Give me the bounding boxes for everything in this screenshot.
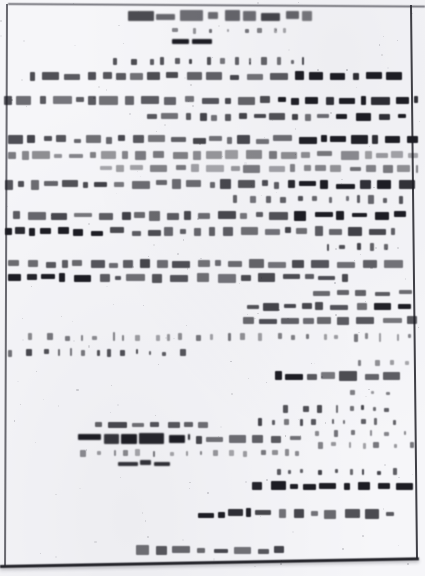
reference-line	[198, 508, 394, 519]
stamp-row	[95, 421, 217, 429]
header-bold-word	[172, 38, 214, 45]
body-line	[8, 134, 418, 145]
right-note-line	[358, 359, 413, 366]
stamp-row	[196, 435, 308, 444]
right-block-line	[243, 316, 417, 325]
footer-line	[136, 545, 286, 555]
right-note-line	[258, 418, 396, 426]
body-line-tiny-right	[327, 243, 389, 251]
signature-line	[277, 468, 413, 476]
body-line	[8, 150, 420, 160]
right-block-line	[247, 302, 417, 311]
body-line	[30, 71, 412, 81]
stamp-side-dots	[318, 441, 414, 449]
scanned-document-page	[0, 0, 425, 576]
right-block-line	[313, 289, 412, 297]
right-note-line	[350, 389, 390, 396]
stamp-row	[80, 449, 308, 457]
signature-line	[252, 481, 417, 491]
right-note-line	[275, 371, 400, 381]
body-line	[100, 164, 418, 173]
body-line-sparse	[28, 332, 422, 342]
header-subline	[172, 27, 294, 34]
stamp-bold-word	[118, 459, 170, 467]
body-line	[8, 259, 413, 269]
body-line	[8, 273, 348, 283]
body-line	[5, 179, 420, 190]
header-subject-line	[113, 56, 308, 66]
body-line-short-right	[233, 195, 410, 204]
stamp-side-dots	[315, 429, 415, 437]
body-line	[13, 210, 413, 221]
body-line	[4, 95, 418, 106]
document-text-area	[0, 0, 425, 576]
stamp-dense-row	[78, 432, 190, 445]
body-line-left	[8, 348, 193, 357]
body-line	[147, 112, 410, 122]
header-script-line	[128, 9, 314, 22]
right-note-line	[283, 404, 395, 413]
body-line	[5, 226, 395, 237]
